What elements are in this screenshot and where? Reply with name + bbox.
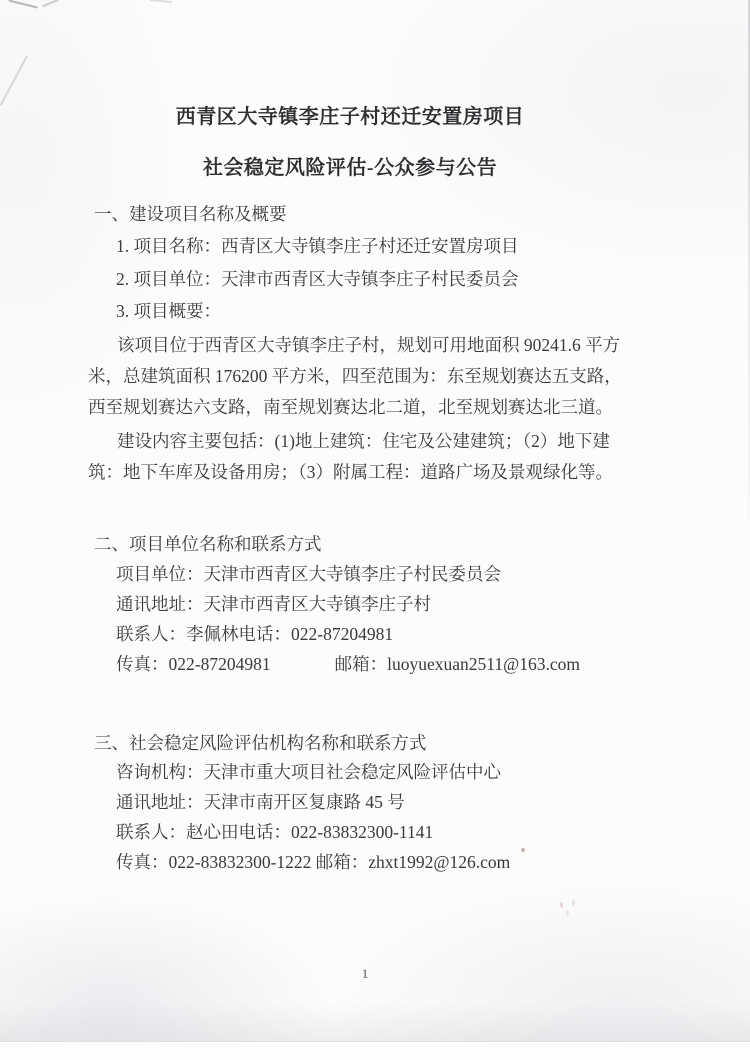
- pencil-mark: [42, 0, 59, 7]
- paper-bottom-edge: [0, 1041, 750, 1060]
- section3-address: 通讯地址：天津市南开区复康路 45 号: [116, 791, 405, 813]
- overview-line: 该项目位于西青区大寺镇李庄子村，规划可用地面积 90241.6 平方: [88, 330, 663, 361]
- paper-speck: [521, 848, 525, 852]
- construction-content-paragraph: 建设内容主要包括：(1)地上建筑：住宅及公建建筑；（2）地下建 筑：地下车库及设…: [88, 426, 663, 488]
- section2-contact-phone: 联系人：李佩林电话：022-87204981: [116, 623, 393, 645]
- section1-item-project-name: 1. 项目名称：西青区大寺镇李庄子村还迁安置房项目: [116, 235, 519, 257]
- scan-bottom-shadow: [0, 1002, 750, 1041]
- section3-consulting-agency: 咨询机构：天津市重大项目社会稳定风险评估中心: [116, 761, 501, 783]
- overview-line: 米，总建筑面积 176200 平方米，四至范围为：东至规划赛达五支路，: [88, 361, 663, 392]
- section1-heading: 一、建设项目名称及概要: [94, 203, 287, 225]
- paper-speck-cluster: [560, 902, 563, 908]
- section2-fax-email-line: 传真：022-87204981邮箱：luoyuexuan2511@163.com: [116, 653, 580, 675]
- section2-fax: 传真：022-87204981: [116, 654, 271, 674]
- scanned-document-page: 西青区大寺镇李庄子村还迁安置房项目 社会稳定风险评估-公众参与公告 一、建设项目…: [0, 0, 750, 1060]
- pencil-mark: [8, 0, 38, 9]
- section3-contact-phone: 联系人：赵心田电话：022-83832300-1141: [116, 821, 433, 843]
- content-line: 筑：地下车库及设备用房；（3）附属工程：道路广场及景观绿化等。: [88, 457, 663, 488]
- content-line: 建设内容主要包括：(1)地上建筑：住宅及公建建筑；（2）地下建: [88, 426, 663, 457]
- pencil-mark: [150, 0, 172, 3]
- section2-project-unit: 项目单位：天津市西青区大寺镇李庄子村民委员会: [116, 563, 501, 585]
- project-overview-paragraph: 该项目位于西青区大寺镇李庄子村，规划可用地面积 90241.6 平方 米，总建筑…: [88, 330, 663, 423]
- section3-fax-email-line: 传真：022-83832300-1222 邮箱：zhxt1992@126.com: [116, 851, 510, 873]
- page-number: 1: [0, 966, 730, 982]
- section1-item-project-overview: 3. 项目概要：: [116, 300, 221, 322]
- section2-heading: 二、项目单位名称和联系方式: [94, 533, 322, 555]
- section3-heading: 三、社会稳定风险评估机构名称和联系方式: [94, 732, 427, 754]
- section2-address: 通讯地址：天津市西青区大寺镇李庄子村: [116, 593, 431, 615]
- section2-email: 邮箱：luoyuexuan2511@163.com: [335, 654, 580, 674]
- document-title-line1: 西青区大寺镇李庄子村还迁安置房项目: [0, 100, 700, 129]
- scan-edge-streak: [0, 56, 28, 106]
- section1-item-project-unit: 2. 项目单位：天津市西青区大寺镇李庄子村民委员会: [116, 268, 519, 290]
- overview-line: 西至规划赛达六支路，南至规划赛达北二道，北至规划赛达北三道。: [88, 392, 663, 423]
- document-title-line2: 社会稳定风险评估-公众参与公告: [0, 151, 700, 180]
